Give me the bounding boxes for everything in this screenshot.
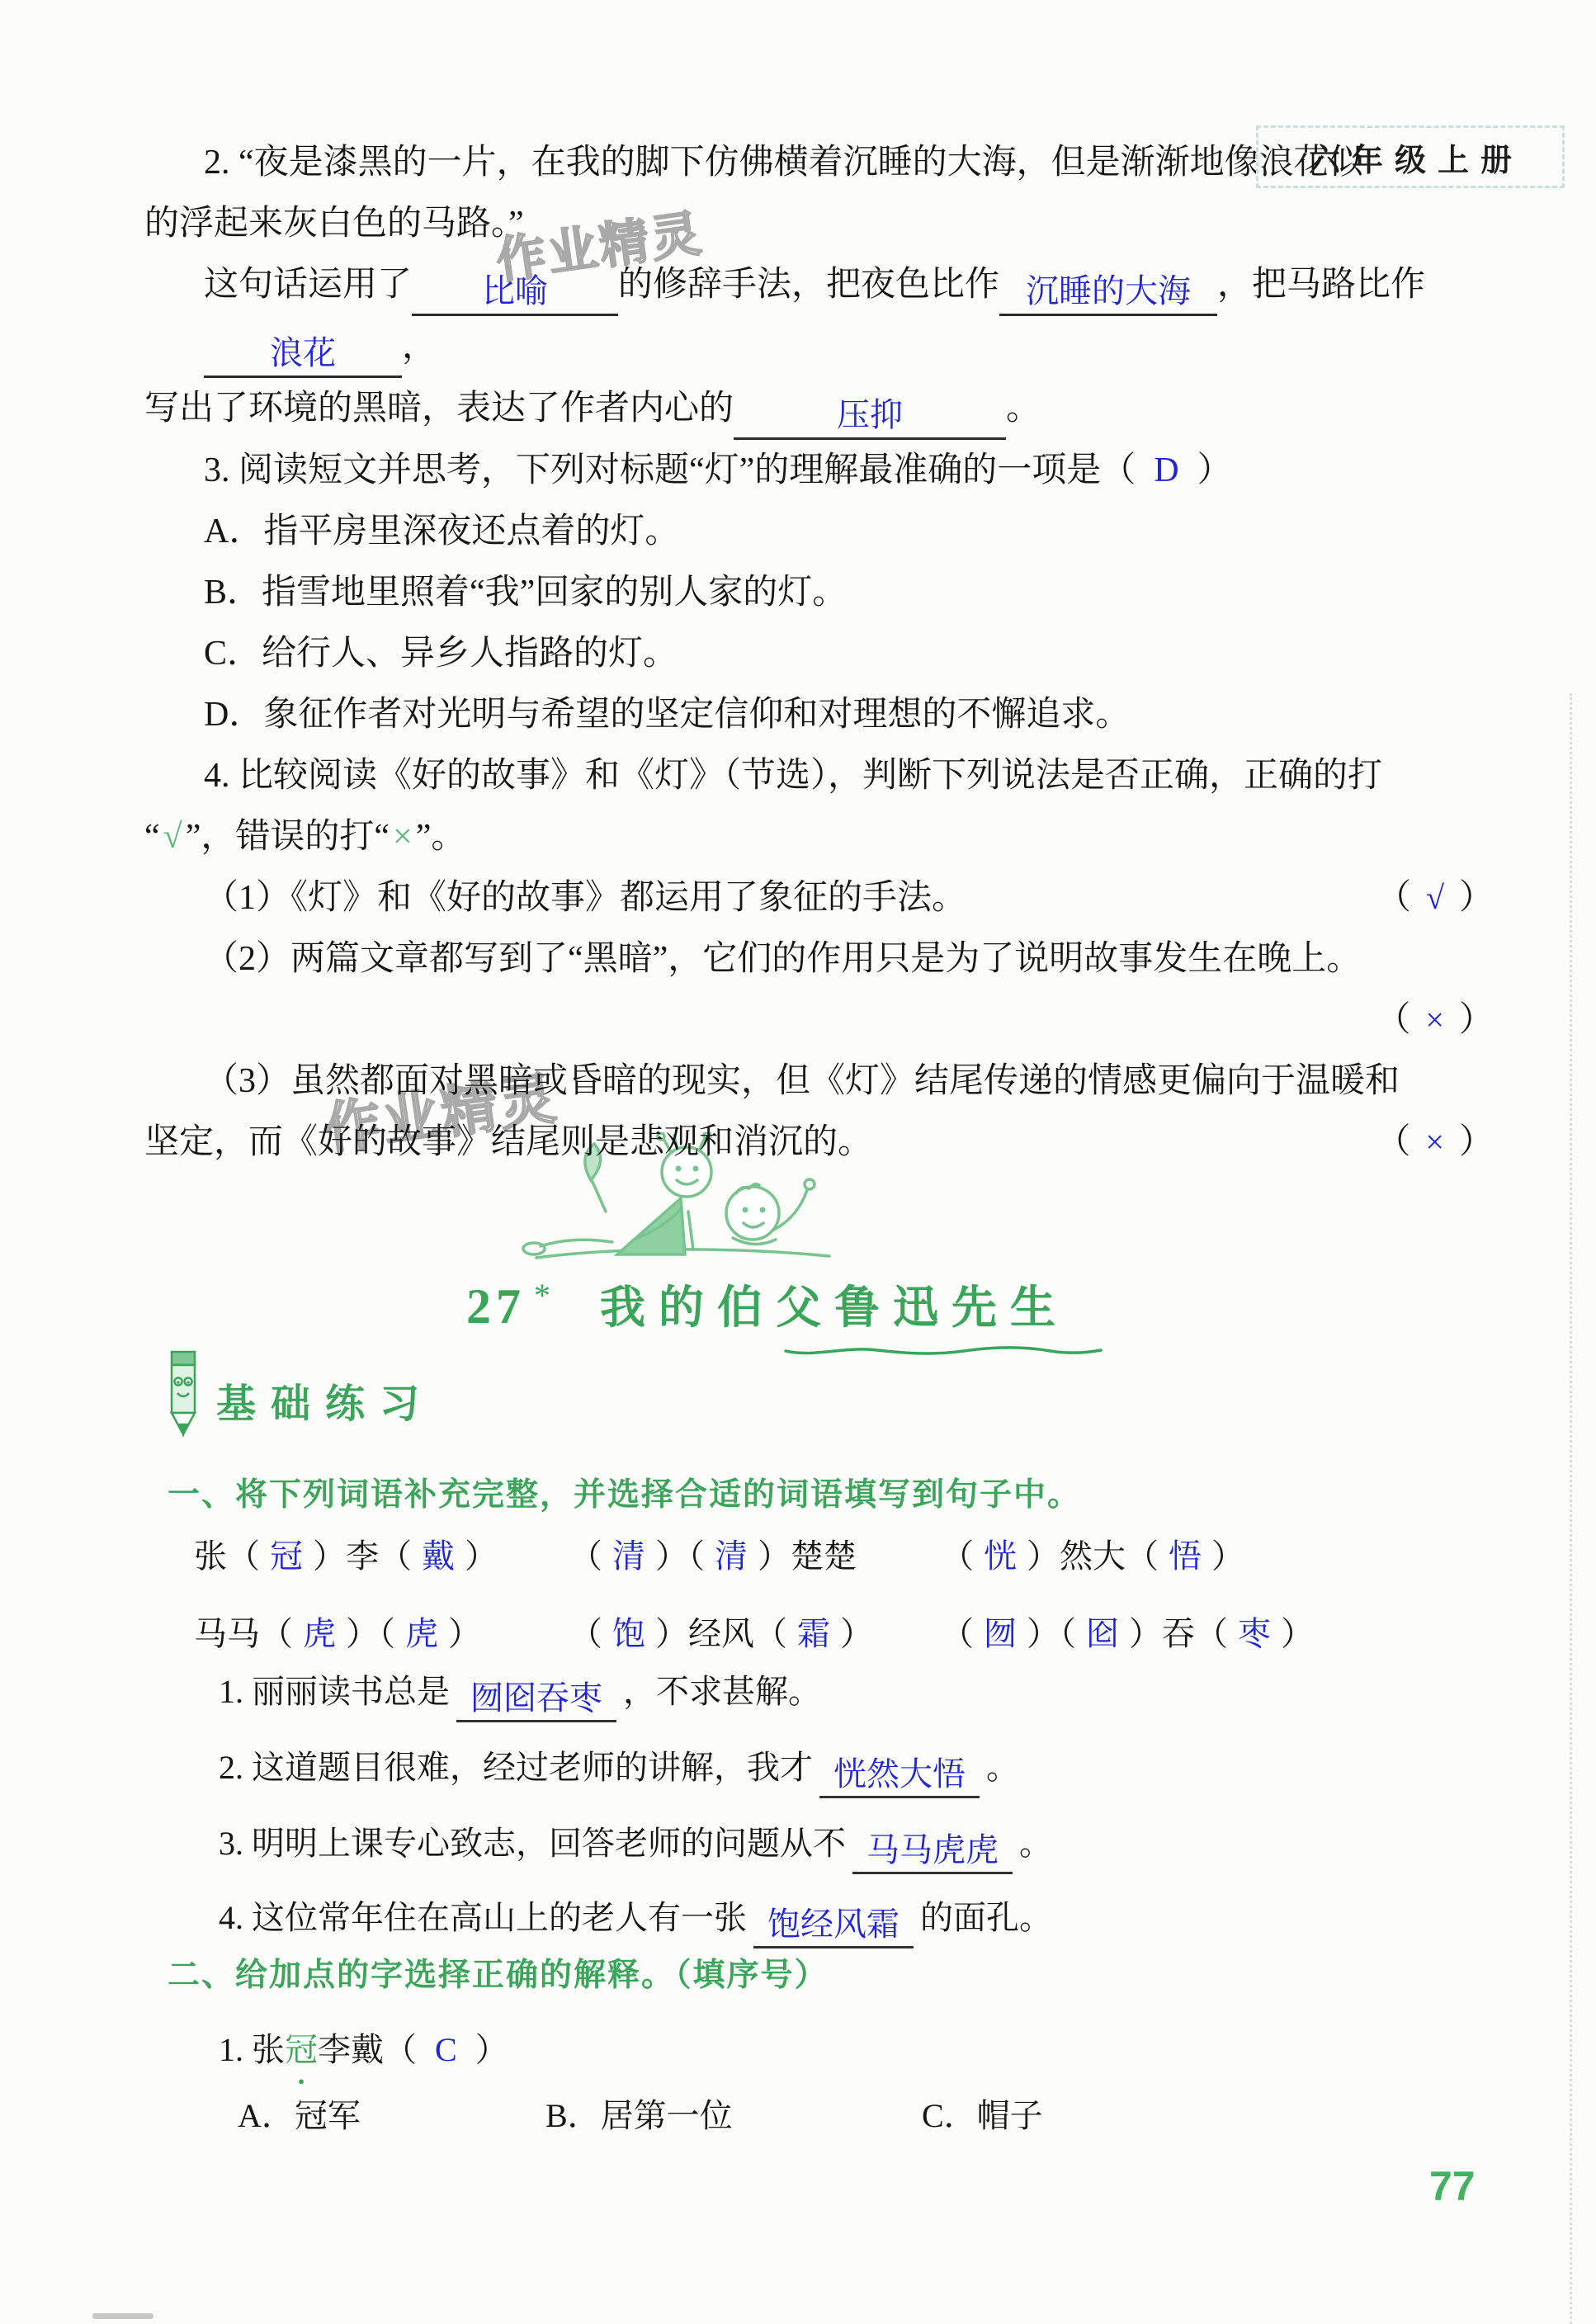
question-text: ”。: [416, 818, 466, 856]
option-b: B．指雪地里照着“我”回家的别人家的灯。: [144, 562, 1494, 623]
sentence-blank-answer: 囫囵吞枣: [456, 1680, 616, 1722]
word-group: 张（冠）李（戴）: [194, 1530, 569, 1577]
word-part: ）: [840, 1615, 873, 1652]
sentence-text: 2. 这道题目很难，经过老师的讲解，我才: [219, 1749, 813, 1786]
word-group: （囫）（囵）吞（枣）: [941, 1615, 1314, 1652]
option-b: B．居第一位: [545, 2090, 733, 2137]
lesson-number: 27: [466, 1278, 526, 1335]
word-answer: 戴: [412, 1538, 465, 1575]
lesson-title-text: 我的伯父鲁迅先生: [600, 1271, 1069, 1336]
word-answer: 清: [602, 1538, 655, 1575]
option-c: C．给行人、异乡人指路的灯。: [144, 623, 1494, 684]
sentence-text: 。: [1019, 1825, 1052, 1862]
check-symbol: √: [160, 818, 186, 856]
word-part: （: [569, 1615, 602, 1652]
edition-header-box: 六年级上册: [1256, 125, 1565, 188]
sentence-blank-answer: 恍然大悟: [819, 1756, 980, 1798]
choice-answer: D: [1136, 451, 1197, 489]
paren-open: （: [1376, 1001, 1410, 1039]
judge-item-3-line2: 坚定，而《好的故事》结尾则是悲观和消沉的。 （×）: [144, 1112, 1494, 1173]
cross-answer: ×: [1410, 1123, 1459, 1160]
sentence-text: 4. 这位常年住在高山上的老人有一张: [219, 1899, 747, 1936]
word-part: （: [941, 1538, 974, 1575]
sentence-blank-answer: 马马虎虎: [852, 1832, 1013, 1874]
fill-text: 。: [1006, 390, 1041, 427]
word-answer: 清: [705, 1538, 758, 1575]
word-part: ）: [1281, 1615, 1314, 1652]
word-part: ）（: [346, 1615, 395, 1652]
option-d: D．象征作者对光明与希望的坚定信仰和对理想的不懈追求。: [144, 684, 1494, 745]
word-group: （清）（清）楚楚: [569, 1530, 941, 1577]
quote-mark: “: [144, 818, 160, 856]
paren-open: （: [1376, 1123, 1410, 1161]
sentence-1: 1. 丽丽读书总是囫囵吞枣，不求甚解。: [219, 1665, 821, 1722]
judge-text: （1）《灯》和《好的故事》都运用了象征的手法。: [144, 867, 966, 928]
part2-question-1: 1. 张冠李戴（C）: [219, 2024, 508, 2071]
word-part: ）然大（: [1027, 1538, 1159, 1575]
paren-close: ）: [1459, 879, 1494, 917]
word-group: （饱）经风（霜）: [569, 1608, 941, 1655]
sentence-text: ，不求甚解。: [623, 1673, 821, 1710]
word-part: ）: [448, 1615, 481, 1652]
word-completion-grid: 张（冠）李（戴）（清）（清）楚楚（恍）然大（悟） 马马（虎）（虎）（饱）经风（霜…: [194, 1530, 1314, 1685]
word-group: （恍）然大（悟）: [941, 1538, 1244, 1575]
question-text: ”，错误的打“: [186, 818, 390, 856]
dotted-character: 冠: [285, 2031, 318, 2068]
sentence-text: 1. 丽丽读书总是: [219, 1673, 450, 1710]
judge-answer: （√）: [1376, 867, 1494, 928]
option-c: C．帽子: [922, 2090, 1043, 2137]
judge-item-1: （1）《灯》和《好的故事》都运用了象征的手法。 （√）: [144, 867, 1494, 928]
word-part: ）吞（: [1129, 1615, 1228, 1652]
fill-text: 的修辞手法，把夜色比作: [618, 266, 999, 304]
question-2-fill-line2: 写出了环境的黑暗，表达了作者内心的压抑。: [144, 378, 1494, 440]
reading-exercise-block: 2. “夜是漆黑的一片，在我的脚下仿佛横着沉睡的大海，但是渐渐地像浪花似 的浮起…: [144, 132, 1494, 1173]
word-group: 马马（虎）（虎）: [194, 1608, 569, 1655]
word-part: （: [569, 1538, 602, 1575]
question-text: 3. 阅读短文并思考，下列对标题“灯”的理解最准确的一项是（: [204, 451, 1136, 489]
word-answer: 饱: [602, 1615, 655, 1652]
word-answer: 冠: [260, 1538, 313, 1575]
question-text: ）: [1197, 451, 1232, 489]
section-heading-basics: 基础练习: [216, 1372, 434, 1429]
fill-text: ，: [402, 328, 437, 366]
blank-answer: 压抑: [734, 396, 1006, 440]
paren-open: （: [1376, 879, 1411, 917]
part2-instruction: 二、给加点的字选择正确的解释。（填序号）: [168, 1949, 829, 1996]
judge-answer: （×）: [1376, 1001, 1494, 1039]
word-part: 张（: [194, 1538, 260, 1575]
word-answer: 虎: [293, 1615, 346, 1652]
workbook-page: 六年级上册 作业精灵 作业精灵 2. “夜是漆黑的一片，在我的脚下仿佛横着沉睡的…: [0, 0, 1596, 2324]
scan-smudge: [92, 2313, 153, 2319]
word-part: ）: [1211, 1538, 1244, 1575]
sentence-3: 3. 明明上课专心致志，回答老师的问题从不马马虎虎。: [219, 1817, 1052, 1874]
fill-text: 这句话运用了: [204, 266, 412, 304]
word-part: ）经风（: [655, 1615, 787, 1652]
question-text: 李戴（: [318, 2031, 417, 2068]
sentence-4: 4. 这位常年住在高山上的老人有一张饱经风霜的面孔。: [219, 1892, 1052, 1948]
judge-item-3-line1: （3）虽然都面对黑暗或昏暗的现实，但《灯》结尾传递的情感更偏向于温暖和: [144, 1051, 1494, 1112]
lesson-star: *: [534, 1276, 550, 1315]
word-answer: 虎: [395, 1615, 448, 1652]
judge-item-2-answer: （×）: [144, 990, 1494, 1051]
word-part: 马马（: [194, 1615, 293, 1652]
blank-answer: 比喻: [412, 272, 618, 316]
part1-instruction: 一、将下列词语补充完整，并选择合适的词语填写到句子中。: [168, 1469, 1081, 1515]
sentence-text: 的面孔。: [920, 1899, 1052, 1936]
question-3-stem: 3. 阅读短文并思考，下列对标题“灯”的理解最准确的一项是（D）: [144, 440, 1494, 501]
word-answer: 霜: [787, 1615, 840, 1652]
question-text: 1. 张: [219, 2031, 285, 2068]
word-part: ）（: [655, 1538, 705, 1575]
page-number: 77: [1429, 2162, 1476, 2210]
check-answer: √: [1411, 879, 1459, 916]
word-answer: 枣: [1228, 1615, 1281, 1652]
edition-title: 六年级上册: [1297, 135, 1523, 180]
lesson-title-row: 27 * 我的伯父鲁迅先生: [466, 1271, 1069, 1336]
question-text: ）: [475, 2031, 508, 2068]
blank-answer: 浪花: [204, 334, 402, 378]
sentence-blank-answer: 饱经风霜: [753, 1906, 914, 1948]
word-row: 张（冠）李（戴）（清）（清）楚楚（恍）然大（悟）: [194, 1530, 1314, 1608]
page-edge-line: [1570, 693, 1572, 2324]
judge-item-2-text: （2）两篇文章都写到了“黑暗”，它们的作用只是为了说明故事发生在晚上。: [144, 928, 1494, 990]
question-4-line2: “√”，错误的打“×”。: [144, 806, 1494, 867]
sentence-text: 。: [986, 1749, 1019, 1786]
word-part: ）（: [1027, 1615, 1076, 1652]
sentence-2: 2. 这道题目很难，经过老师的讲解，我才恍然大悟。: [219, 1741, 1019, 1798]
cross-symbol: ×: [390, 818, 416, 856]
wavy-underline: [782, 1344, 1104, 1358]
option-a: A．冠军: [238, 2090, 361, 2137]
word-answer: 囫: [974, 1615, 1027, 1652]
paren-close: ）: [1459, 1123, 1494, 1161]
word-answer: 恍: [974, 1538, 1027, 1575]
word-answer: 囵: [1076, 1615, 1129, 1652]
word-part: ）李（: [313, 1538, 412, 1575]
fill-text: ，把马路比作: [1217, 266, 1425, 304]
judge-answer: （×）: [1376, 1112, 1494, 1173]
fill-text: 写出了环境的黑暗，表达了作者内心的: [144, 390, 734, 427]
choice-answer: C: [417, 2031, 475, 2068]
word-part: （: [941, 1615, 974, 1652]
word-answer: 悟: [1159, 1538, 1211, 1575]
word-part: ）楚楚: [758, 1538, 857, 1575]
question-2-line2: 的浮起来灰白色的马路。”: [144, 193, 1494, 254]
question-2-fill-line: 这句话运用了比喻的修辞手法，把夜色比作沉睡的大海，把马路比作浪花，: [144, 254, 1494, 378]
question-4-line1: 4. 比较阅读《好的故事》和《灯》（节选），判断下列说法是否正确，正确的打: [144, 745, 1494, 806]
sentence-text: 3. 明明上课专心致志，回答老师的问题从不: [219, 1825, 846, 1862]
part2-q1-options: A．冠军 B．居第一位 C．帽子: [238, 2090, 1443, 2139]
cross-answer: ×: [1410, 1001, 1459, 1038]
pencil-icon: [163, 1345, 203, 1438]
paren-close: ）: [1459, 1001, 1494, 1039]
option-a: A．指平房里深夜还点着的灯。: [144, 501, 1494, 562]
judge-text: 坚定，而《好的故事》结尾则是悲观和消沉的。: [144, 1112, 872, 1173]
word-part: ）: [465, 1538, 498, 1575]
blank-answer: 沉睡的大海: [999, 272, 1217, 316]
